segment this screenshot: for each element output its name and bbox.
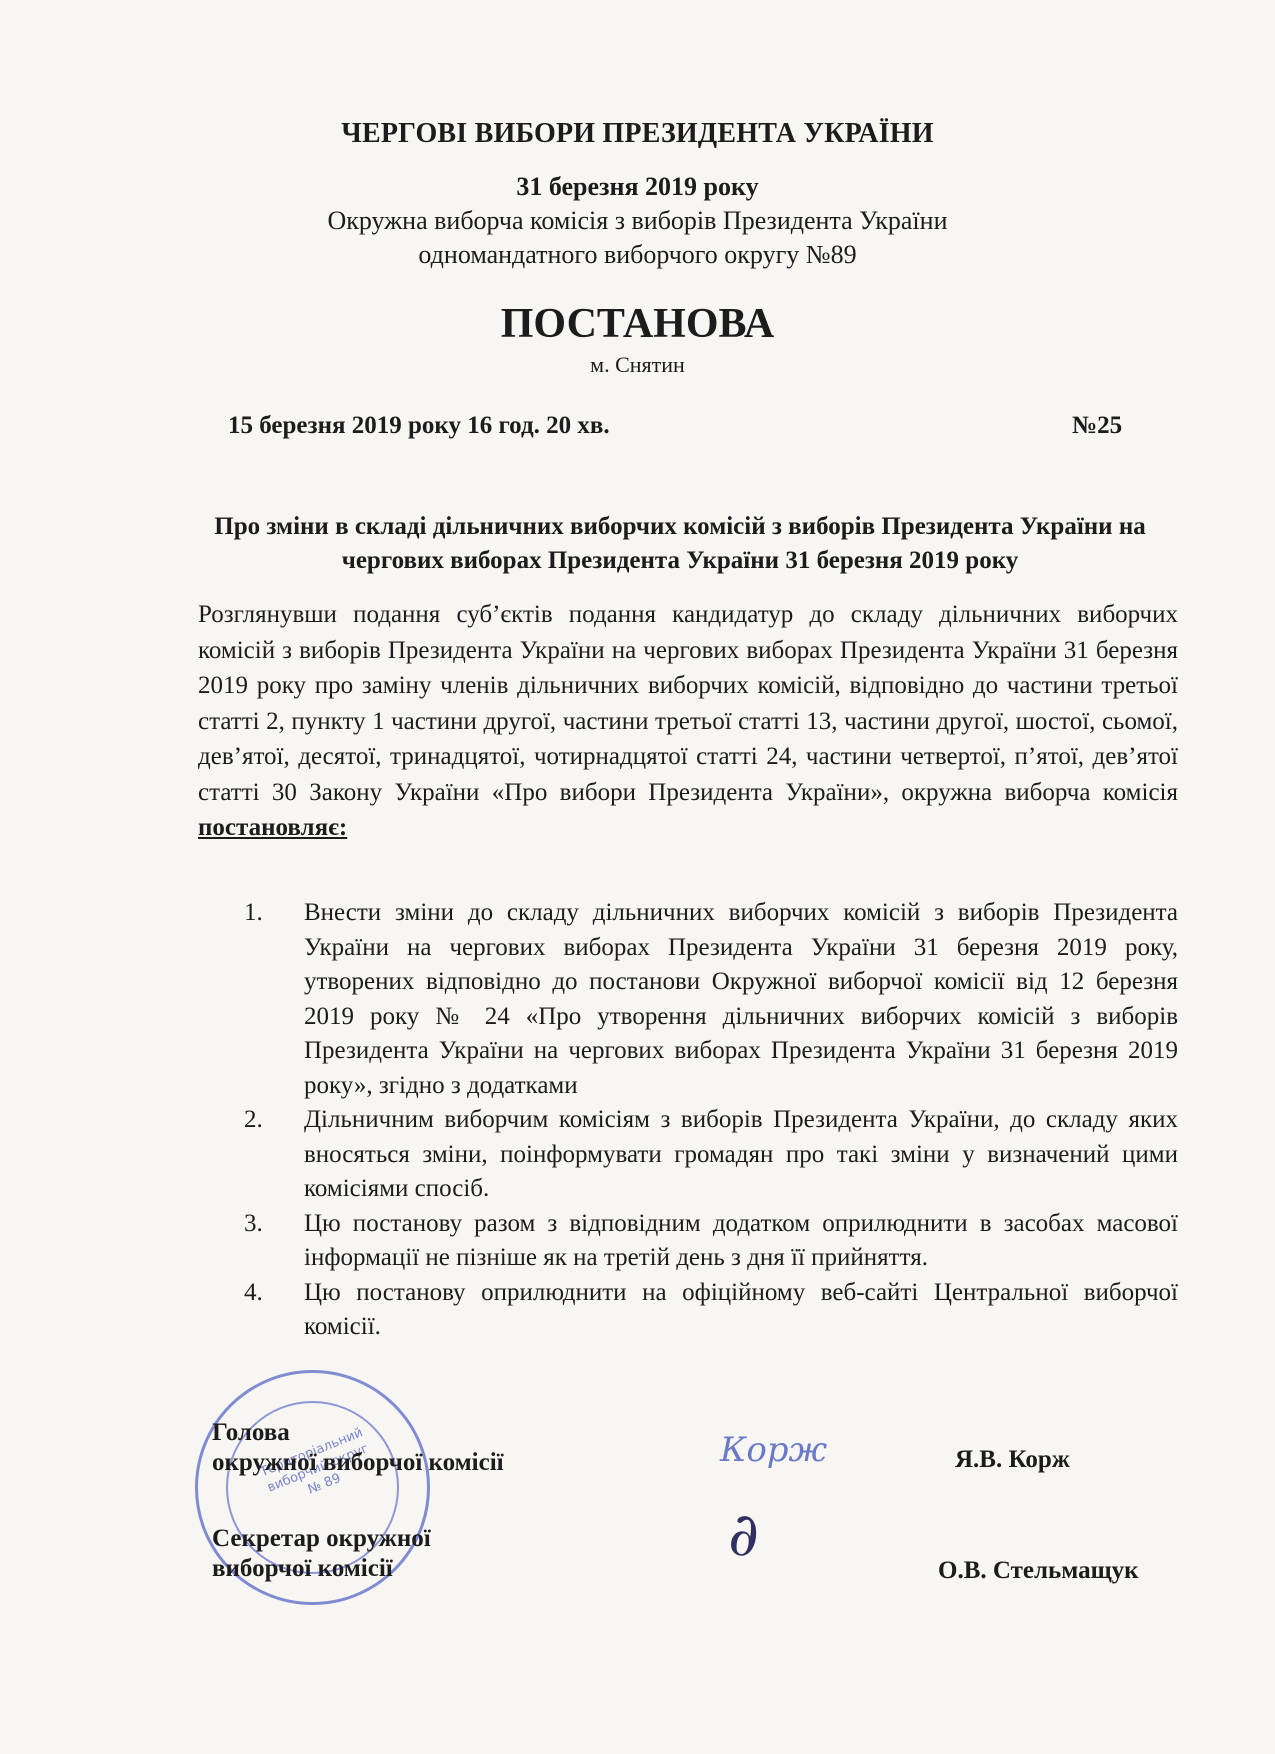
chair-label-line2: окружної виборчої комісії [212,1448,504,1478]
item-number: 4. [230,1276,304,1345]
chair-label-line1: Голова [212,1418,504,1448]
document-number: №25 [1072,412,1122,440]
election-title: ЧЕРГОВІ ВИБОРИ ПРЕЗИДЕНТА УКРАЇНИ [0,118,1275,150]
resolution-items-list: 1. Внести зміни до складу дільничних виб… [230,896,1178,1345]
item-text: Внести зміни до складу дільничних виборч… [304,896,1178,1103]
document-type-title: ПОСТАНОВА [0,300,1275,348]
item-number: 3. [230,1207,304,1276]
decree-word: постановляє: [198,814,347,841]
secretary-label-line2: виборчої комісії [212,1554,431,1584]
item-number: 1. [230,896,304,1103]
preamble-text: Розглянувши подання суб’єктів подання ка… [198,601,1178,806]
secretary-label-line1: Секретар окружної [212,1524,431,1554]
item-number: 2. [230,1103,304,1207]
resolution-item: 2. Дільничним виборчим комісіям з виборі… [230,1103,1178,1207]
document-date-time: 15 березня 2019 року 16 год. 20 хв. [228,412,610,440]
preamble-paragraph: Розглянувши подання суб’єктів подання ка… [198,597,1178,846]
commission-name-line1: Окружна виборча комісія з виборів Презид… [0,206,1275,236]
election-date: 31 березня 2019 року [0,172,1275,202]
commission-name-line2: одномандатного виборчого округу №89 [0,240,1275,270]
secretary-label: Секретар окружної виборчої комісії [212,1524,431,1584]
item-text: Цю постанову оприлюднити на офіційному в… [304,1276,1178,1345]
document-city: м. Снятин [0,352,1275,378]
secretary-name: О.В. Стельмащук [938,1557,1139,1585]
chair-name: Я.В. Корж [955,1446,1070,1474]
item-text: Дільничним виборчим комісіям з виборів П… [304,1103,1178,1207]
resolution-item: 4. Цю постанову оприлюднити на офіційном… [230,1276,1178,1345]
scanned-document-page: ЧЕРГОВІ ВИБОРИ ПРЕЗИДЕНТА УКРАЇНИ 31 бер… [0,0,1275,1754]
item-text: Цю постанову разом з відповідним додатко… [304,1207,1178,1276]
document-subject: Про зміни в складі дільничних виборчих к… [200,510,1160,578]
chair-label: Голова окружної виборчої комісії [212,1418,504,1478]
resolution-item: 3. Цю постанову разом з відповідним дода… [230,1207,1178,1276]
secretary-signature-icon: ∂ [728,1500,759,1570]
chair-signature-icon: Корж [720,1430,827,1470]
resolution-item: 1. Внести зміни до складу дільничних виб… [230,896,1178,1103]
